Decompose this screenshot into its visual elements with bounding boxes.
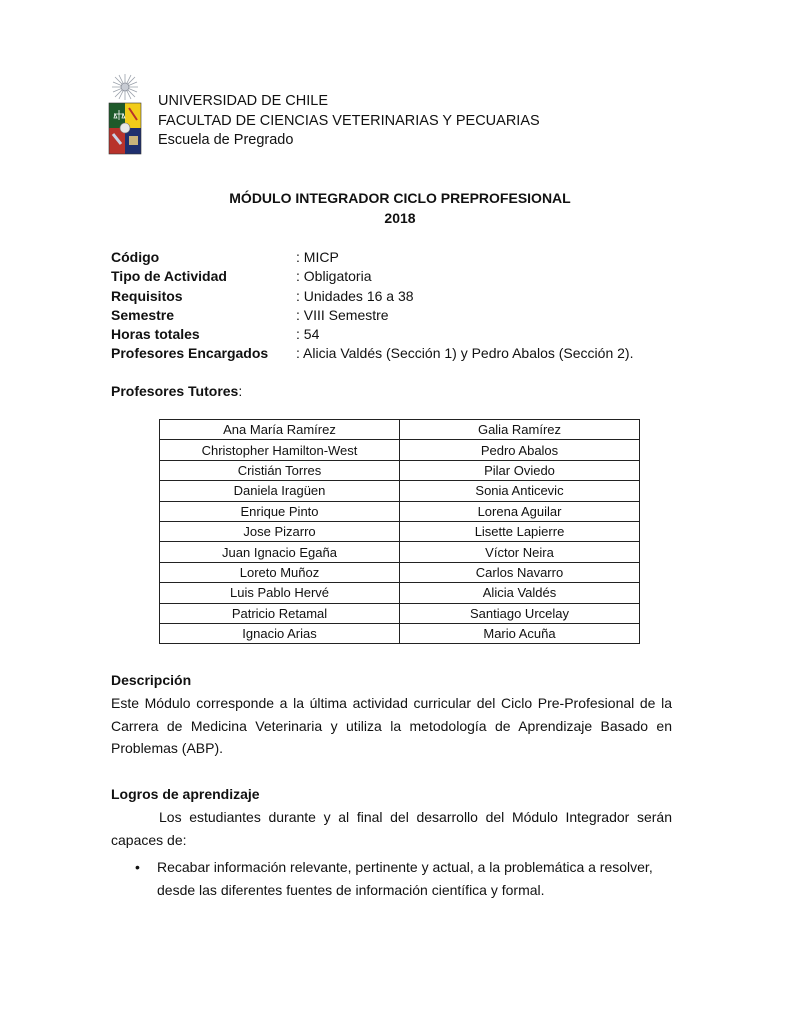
learning-outcomes-list: • Recabar información relevante, pertine… bbox=[111, 856, 672, 901]
bullet-icon: • bbox=[135, 856, 140, 879]
institution-header: UNIVERSIDAD DE CHILE FACULTAD DE CIENCIA… bbox=[158, 92, 540, 151]
learning-outcomes-heading: Logros de aprendizaje bbox=[111, 786, 260, 802]
tutors-heading-label: Profesores Tutores bbox=[111, 383, 238, 399]
field-label: Horas totales bbox=[111, 325, 296, 344]
field-tipo-actividad: Tipo de Actividad : Obligatoria bbox=[111, 267, 633, 286]
tutor-name-cell: Lisette Lapierre bbox=[400, 521, 640, 541]
text-line: capaces de: bbox=[111, 829, 672, 852]
text-line: Los estudiantes durante y al final del d… bbox=[111, 806, 672, 829]
field-value: : Unidades 16 a 38 bbox=[296, 287, 414, 306]
description-heading: Descripción bbox=[111, 672, 191, 688]
tutor-name-cell: Víctor Neira bbox=[400, 542, 640, 562]
tutor-name-cell: Sonia Anticevic bbox=[400, 481, 640, 501]
text-line: desde las diferentes fuentes de informac… bbox=[157, 879, 672, 902]
tutors-table: Ana María RamírezGalia RamírezChristophe… bbox=[159, 419, 640, 644]
tutor-name-cell: Christopher Hamilton-West bbox=[160, 440, 400, 460]
tutor-name-cell: Pedro Abalos bbox=[400, 440, 640, 460]
field-profesores-encargados: Profesores Encargados : Alicia Valdés (S… bbox=[111, 344, 633, 363]
list-item: • Recabar información relevante, pertine… bbox=[111, 856, 672, 901]
table-row: Jose PizarroLisette Lapierre bbox=[160, 521, 640, 541]
field-label: Profesores Encargados bbox=[111, 344, 296, 363]
table-row: Ana María RamírezGalia Ramírez bbox=[160, 420, 640, 440]
tutor-name-cell: Cristián Torres bbox=[160, 460, 400, 480]
field-value: : Obligatoria bbox=[296, 267, 371, 286]
tutors-table-body: Ana María RamírezGalia RamírezChristophe… bbox=[160, 420, 640, 644]
tutor-name-cell: Pilar Oviedo bbox=[400, 460, 640, 480]
tutor-name-cell: Galia Ramírez bbox=[400, 420, 640, 440]
document-title: MÓDULO INTEGRADOR CICLO PREPROFESIONAL bbox=[0, 190, 800, 206]
tutor-name-cell: Enrique Pinto bbox=[160, 501, 400, 521]
field-label: Requisitos bbox=[111, 287, 296, 306]
field-label: Semestre bbox=[111, 306, 296, 325]
field-value: : MICP bbox=[296, 248, 339, 267]
tutor-name-cell: Luis Pablo Hervé bbox=[160, 583, 400, 603]
table-row: Ignacio AriasMario Acuña bbox=[160, 623, 640, 643]
school-name: Escuela de Pregrado bbox=[158, 131, 540, 151]
university-crest-logo bbox=[108, 72, 142, 156]
description-paragraph: Este Módulo corresponde a la última acti… bbox=[111, 692, 672, 760]
tutor-name-cell: Jose Pizarro bbox=[160, 521, 400, 541]
tutor-name-cell: Patricio Retamal bbox=[160, 603, 400, 623]
field-requisitos: Requisitos : Unidades 16 a 38 bbox=[111, 287, 633, 306]
tutor-name-cell: Santiago Urcelay bbox=[400, 603, 640, 623]
tutor-name-cell: Alicia Valdés bbox=[400, 583, 640, 603]
module-info-fields: Código : MICP Tipo de Actividad : Obliga… bbox=[111, 248, 633, 364]
field-label: Tipo de Actividad bbox=[111, 267, 296, 286]
field-value: : 54 bbox=[296, 325, 319, 344]
text-line: Carrera de Medicina Veterinaria y utiliz… bbox=[111, 715, 672, 738]
tutors-heading-colon: : bbox=[238, 383, 242, 399]
field-codigo: Código : MICP bbox=[111, 248, 633, 267]
university-name: UNIVERSIDAD DE CHILE bbox=[158, 92, 540, 112]
tutor-name-cell: Juan Ignacio Egaña bbox=[160, 542, 400, 562]
tutor-name-cell: Loreto Muñoz bbox=[160, 562, 400, 582]
document-year: 2018 bbox=[0, 210, 800, 226]
table-row: Loreto MuñozCarlos Navarro bbox=[160, 562, 640, 582]
table-row: Cristián TorresPilar Oviedo bbox=[160, 460, 640, 480]
text-line: Recabar información relevante, pertinent… bbox=[157, 856, 672, 879]
faculty-name: FACULTAD DE CIENCIAS VETERINARIAS Y PECU… bbox=[158, 112, 540, 132]
tutor-name-cell: Mario Acuña bbox=[400, 623, 640, 643]
table-row: Luis Pablo HervéAlicia Valdés bbox=[160, 583, 640, 603]
field-value: : Alicia Valdés (Sección 1) y Pedro Abal… bbox=[296, 344, 633, 363]
learning-outcomes-intro: Los estudiantes durante y al final del d… bbox=[111, 806, 672, 851]
table-row: Christopher Hamilton-WestPedro Abalos bbox=[160, 440, 640, 460]
tutors-heading: Profesores Tutores: bbox=[111, 383, 242, 399]
tutor-name-cell: Lorena Aguilar bbox=[400, 501, 640, 521]
table-row: Enrique PintoLorena Aguilar bbox=[160, 501, 640, 521]
text-line: Este Módulo corresponde a la última acti… bbox=[111, 692, 672, 715]
table-row: Patricio RetamalSantiago Urcelay bbox=[160, 603, 640, 623]
field-semestre: Semestre : VIII Semestre bbox=[111, 306, 633, 325]
tutor-name-cell: Carlos Navarro bbox=[400, 562, 640, 582]
text-line: Problemas (ABP). bbox=[111, 737, 672, 760]
tutor-name-cell: Ana María Ramírez bbox=[160, 420, 400, 440]
field-horas-totales: Horas totales : 54 bbox=[111, 325, 633, 344]
document-page: UNIVERSIDAD DE CHILE FACULTAD DE CIENCIA… bbox=[0, 0, 800, 1035]
tutor-name-cell: Ignacio Arias bbox=[160, 623, 400, 643]
tutor-name-cell: Daniela Iragüen bbox=[160, 481, 400, 501]
field-label: Código bbox=[111, 248, 296, 267]
table-row: Daniela IragüenSonia Anticevic bbox=[160, 481, 640, 501]
field-value: : VIII Semestre bbox=[296, 306, 389, 325]
table-row: Juan Ignacio EgañaVíctor Neira bbox=[160, 542, 640, 562]
